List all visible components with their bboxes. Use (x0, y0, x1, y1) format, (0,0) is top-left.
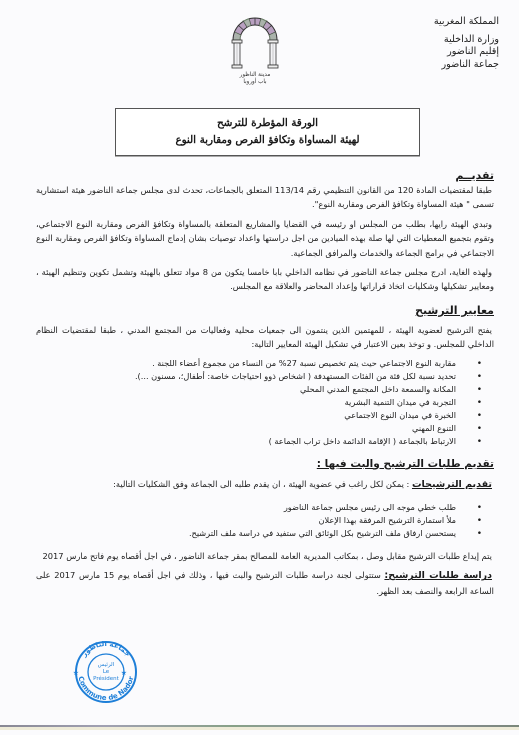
svg-text:Le: Le (103, 669, 110, 675)
intro-heading: تقديــم (36, 168, 494, 183)
submission-heading: تقديم طلبات الترشيح والبت فيها : (36, 457, 494, 472)
organization-header: المملكة المغربية وزارة الداخلية إقليم ال… (434, 16, 499, 71)
document-page: المملكة المغربية وزارة الداخلية إقليم ال… (0, 0, 519, 735)
criteria-paragraph: يفتح الترشيح لعضوية الهيئة ، للمهتمين ال… (36, 323, 494, 352)
scan-edge-shadow (0, 727, 519, 730)
svg-text:★: ★ (121, 669, 127, 677)
logo-caption-city: مدينة الناظور (220, 72, 290, 79)
study-paragraph: دراسة طلبات الترشيح: ستتولى لجنة دراسة ط… (36, 568, 494, 598)
logo-caption-slogan: باب أوروبا (220, 79, 290, 86)
criteria-list: مقاربة النوع الاجتماعي حيث يتم تخصيص نسب… (36, 357, 494, 448)
intro-paragraph-3: ولهذه الغاية، ادرج مجلس جماعة الناضور في… (36, 265, 494, 294)
criteria-item: تحديد نسبة لكل فئة من الفئات المستهدفة (… (36, 370, 456, 383)
submission-subtext: : يمكن لكل راغب في عضوية الهيئة ، ان يقد… (113, 479, 412, 489)
requirement-item: ملأ استمارة الترشيح المرفقة بهذا الإعلان (36, 514, 456, 527)
criteria-item: مقاربة النوع الاجتماعي حيث يتم تخصيص نسب… (36, 357, 456, 370)
submission-requirements-list: طلب خطي موجه الى رئيس مجلس جماعة الناضور… (36, 501, 494, 540)
stamp-seal-icon: جماعة الناظور Commune de Nador ★ ★ الرئي… (70, 641, 142, 703)
document-title-line1: الورقة المؤطرة للترشح (116, 115, 419, 132)
ministry-label: وزارة الداخلية (434, 34, 499, 47)
kingdom-label: المملكة المغربية (434, 16, 499, 29)
commune-label: جماعة الناضور (434, 59, 499, 72)
city-logo: مدينة الناظور باب أوروبا (220, 10, 290, 94)
document-title-box: الورقة المؤطرة للترشح لهيئة المساواة وتك… (115, 108, 420, 156)
criteria-item: التجربة في ميدان التنمية البشرية (36, 396, 456, 409)
province-label: إقليم الناضور (434, 46, 499, 59)
document-body: تقديــم طبقا لمقتضيات المادة 120 من القا… (36, 168, 494, 598)
official-stamp: جماعة الناظور Commune de Nador ★ ★ الرئي… (70, 641, 142, 703)
svg-text:Président: Président (93, 675, 119, 682)
arch-icon (227, 10, 283, 72)
deposit-paragraph: يتم إيداع طلبات الترشيح مقابل وصل ، بمكا… (36, 549, 494, 563)
svg-text:الرئيس: الرئيس (98, 662, 115, 668)
requirement-item: يستحسن ارفاق ملف الترشيح بكل الوثائق الت… (36, 527, 456, 540)
document-title-line2: لهيئة المساواة وتكافؤ الفرص ومقاربة النو… (116, 132, 419, 149)
criteria-item: التنوع المهني (36, 422, 456, 435)
intro-paragraph-1: طبقا لمقتضيات المادة 120 من القانون التن… (36, 183, 494, 212)
svg-text:جماعة الناظور: جماعة الناظور (79, 641, 131, 659)
criteria-item: الخبرة في ميدان النوع الاجتماعي (36, 409, 456, 422)
svg-text:★: ★ (73, 669, 79, 677)
submission-subheading: تقديم الترشيحات (412, 479, 492, 490)
submission-intro: تقديم الترشيحات : يمكن لكل راغب في عضوية… (36, 477, 494, 492)
criteria-heading: معايير الترشيح (36, 303, 494, 318)
study-subheading: دراسة طلبات الترشيح: (384, 570, 492, 581)
criteria-item: المكانة والسمعة داخل المجتمع المدني المح… (36, 383, 456, 396)
criteria-item: الارتباط بالجماعة ( الإقامة الدائمة داخل… (36, 435, 456, 448)
intro-paragraph-2: وتبدي الهيئة رايها، بطلب من المجلس او رئ… (36, 217, 494, 260)
requirement-item: طلب خطي موجه الى رئيس مجلس جماعة الناضور (36, 501, 456, 514)
